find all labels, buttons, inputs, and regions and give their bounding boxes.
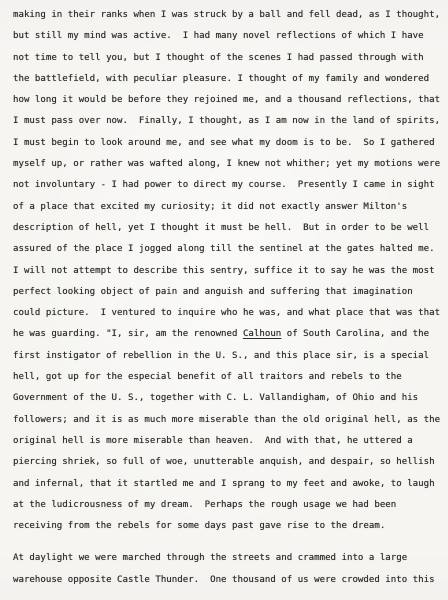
text-line: hell, got up for the especial benefit of… bbox=[13, 367, 442, 388]
text-line: and infernal, that it startled me and I … bbox=[13, 474, 442, 495]
text-line: followers; and it is as much more misera… bbox=[13, 410, 442, 431]
text-line: assured of the place I jogged along till… bbox=[13, 239, 442, 260]
text-line: could picture. I ventured to inquire who… bbox=[13, 303, 442, 324]
text-line: making in their ranks when I was struck … bbox=[13, 5, 442, 26]
text-line: description of hell, yet I thought it mu… bbox=[13, 218, 442, 239]
underlined-name-calhoun: Calhoun bbox=[243, 329, 281, 339]
text-line: Government of the U. S., together with C… bbox=[13, 388, 442, 409]
text-line: how long it would be before they rejoine… bbox=[13, 90, 442, 111]
typewritten-page: making in their ranks when I was struck … bbox=[0, 0, 448, 600]
text-line: but still my mind was active. I had many… bbox=[13, 26, 442, 47]
text-line: at the ludicrousness of my dream. Perhap… bbox=[13, 495, 442, 516]
paragraph-dream: making in their ranks when I was struck … bbox=[13, 5, 442, 537]
paragraph-castle-thunder: At daylight we were marched through the … bbox=[13, 548, 442, 591]
text-line: myself up, or rather was wafted along, I… bbox=[13, 154, 442, 175]
text-line: warehouse opposite Castle Thunder. One t… bbox=[13, 570, 442, 591]
text-line: receiving from the rebels for some days … bbox=[13, 516, 442, 537]
text-line-with-underline: he was guarding. "I, sir, am the renowne… bbox=[13, 324, 442, 345]
text-line: of a place that excited my curiosity; it… bbox=[13, 197, 442, 218]
text-line: not involuntary - I had power to direct … bbox=[13, 175, 442, 196]
text-line: I must pass over now. Finally, I thought… bbox=[13, 111, 442, 132]
text-line: I must begin to look around me, and see … bbox=[13, 133, 442, 154]
text-segment: he was guarding. "I, sir, am the renowne… bbox=[13, 329, 243, 339]
text-line: first instigator of rebellion in the U. … bbox=[13, 346, 442, 367]
text-segment: of South Carolina, and the bbox=[281, 329, 429, 339]
text-line: piercing shriek, so full of woe, unutter… bbox=[13, 452, 442, 473]
text-line: I will not attempt to describe this sent… bbox=[13, 261, 442, 282]
text-line: perfect looking object of pain and angui… bbox=[13, 282, 442, 303]
text-line: At daylight we were marched through the … bbox=[13, 548, 442, 569]
text-line: the battlefield, with peculiar pleasure.… bbox=[13, 69, 442, 90]
text-line: not time to tell you, but I thought of t… bbox=[13, 48, 442, 69]
text-line: original hell is more miserable than hea… bbox=[13, 431, 442, 452]
